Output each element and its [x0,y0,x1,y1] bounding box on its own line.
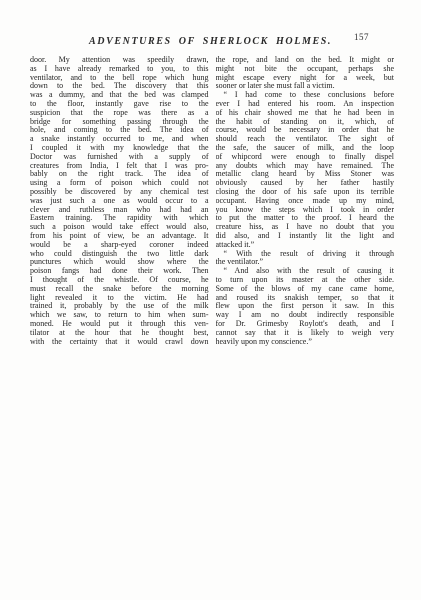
text-line: you know the steps which I took in order [216,206,395,215]
text-line: the safe, the saucer of milk, and the lo… [216,144,395,153]
text-line: with the certainty that it would crawl d… [30,338,209,347]
text-line: ventilator, and to the bell rope which h… [30,74,209,83]
text-line: who could distinguish the two little dar… [30,250,209,259]
page-number: 157 [354,32,369,42]
text-line: to the floor, instantly gave rise to the [30,100,209,109]
text-line: creature hiss, as I have no doubt that y… [216,223,395,232]
book-page: ADVENTURES OF SHERLOCK HOLMES. 157 door.… [0,0,421,600]
text-line: of his chair showed me that he had been … [216,109,395,118]
text-line: a snake instantly occurred to me, and wh… [30,135,209,144]
text-line: and roused its snakish temper, so that i… [216,294,395,303]
text-line: did also, and I instantly lit the light … [216,232,395,241]
text-line: of whipcord were enough to finally dispe… [216,153,395,162]
text-line: sooner or later she must fall a victim. [216,82,395,91]
text-line: ever I had entered his room. An inspecti… [216,100,395,109]
text-line: punctures which would show where the [30,258,209,267]
text-line: closing the door of his safe upon its te… [216,188,395,197]
text-line: from his point of view, be an advantage.… [30,232,209,241]
text-line: light revealed it to the victim. He had [30,294,209,303]
text-line: metallic clang heard by Miss Stoner was [216,170,395,179]
text-line: I coupled it with my knowledge that the [30,144,209,153]
text-line: clever and ruthless man who had had an [30,206,209,215]
text-line: down to the bed. The discovery that this [30,82,209,91]
text-columns: door. My attention was speedily drawn,as… [30,56,394,346]
text-line: attacked it.” [216,241,395,250]
text-line: was just such a one as would occur to a [30,197,209,206]
text-line: any doubts which may have remained. The [216,162,395,171]
text-line: possibly be discovered by any chemical t… [30,188,209,197]
text-line: Eastern training. The rapidity with whic… [30,214,209,223]
text-line: Doctor was furnished with a supply of [30,153,209,162]
text-line: should reach the ventilator. The sight o… [216,135,395,144]
left-column: door. My attention was speedily drawn,as… [30,56,209,346]
text-line: which we saw, to return to him when sum- [30,311,209,320]
text-line: as I have already remarked to you, to th… [30,65,209,74]
running-header: ADVENTURES OF SHERLOCK HOLMES. 157 [0,31,421,45]
text-line: to put the matter to the proof. I heard … [216,214,395,223]
text-line: such a poison would take effect would al… [30,223,209,232]
text-line: the habit of standing on it, which, of [216,118,395,127]
text-line: occupant. Having once made up my mind, [216,197,395,206]
text-line: I thought of the whistle. Of course, he [30,276,209,285]
text-line: moned. He would put it through this ven- [30,320,209,329]
text-line: tilator at the hour that he thought best… [30,329,209,338]
text-line: obviously caused by her father hastily [216,179,395,188]
text-line: hole, and coming to the bed. The idea of [30,126,209,135]
text-line: might not bite the occupant, perhaps she [216,65,395,74]
text-line: trained it, probably by the use of the m… [30,302,209,311]
text-line: using a form of poison which could not [30,179,209,188]
text-line: door. My attention was speedily drawn, [30,56,209,65]
text-line: bably on the right track. The idea of [30,170,209,179]
right-column: the rope, and land on the bed. It might … [216,56,395,346]
text-line: poison fangs had done their work. Then [30,267,209,276]
text-line: bridge for something passing through the [30,118,209,127]
text-line: might escape every night for a week, but [216,74,395,83]
text-line: was a dummy, and that the bed was clampe… [30,91,209,100]
text-line: “ With the result of driving it through [216,250,395,259]
text-line: to turn upon its master at the other sid… [216,276,395,285]
running-title: ADVENTURES OF SHERLOCK HOLMES. [89,36,332,47]
text-line: would be a sharp-eyed coroner indeed [30,241,209,250]
text-line: must recall the snake before the morning [30,285,209,294]
text-line: flew upon the first person it saw. In th… [216,302,395,311]
text-line: the ventilator.” [216,258,395,267]
text-line: “ And also with the result of causing it [216,267,395,276]
text-line: the rope, and land on the bed. It might … [216,56,395,65]
text-line: way I am no doubt indirectly responsible [216,311,395,320]
text-line: creatures from India, I felt that I was … [30,162,209,171]
text-line: “ I had come to these conclusions before [216,91,395,100]
text-line: cannot say that it is likely to weigh ve… [216,329,395,338]
text-line: for Dr. Grimesby Roylott's death, and I [216,320,395,329]
text-line: suspicion that the rope was there as a [30,109,209,118]
text-line: course, would be necessary in order that… [216,126,395,135]
text-line: heavily upon my conscience.” [216,338,395,347]
text-line: Some of the blows of my cane came home, [216,285,395,294]
